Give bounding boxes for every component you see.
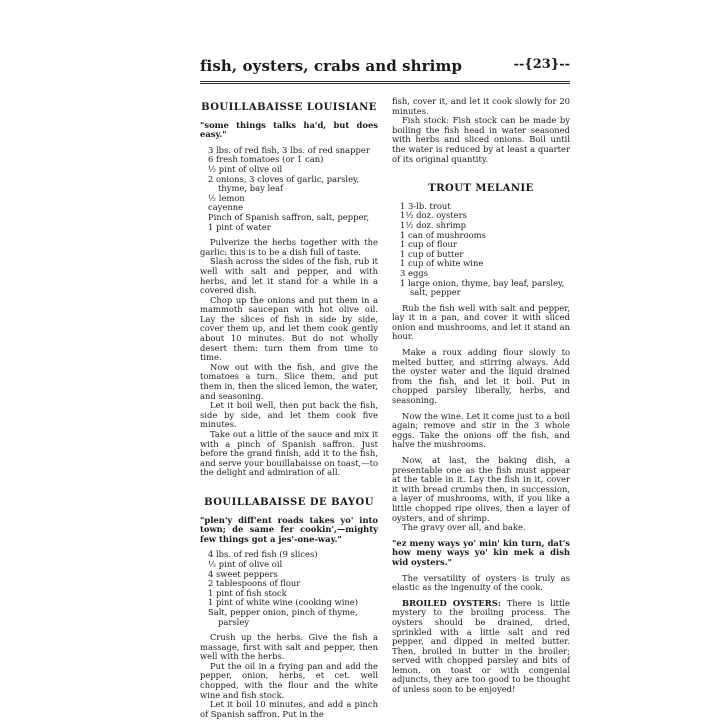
- instruction-paragraph: Rub the fish well with salt and pepper, …: [392, 304, 570, 342]
- ingredient: Salt, pepper onion, pinch of thyme, pars…: [200, 608, 378, 627]
- broiled-oysters-paragraph: BROILED OYSTERS: There is little mystery…: [392, 599, 570, 695]
- instruction-paragraph: Now the wine. Let it come just to a boil…: [392, 412, 570, 450]
- instruction-paragraph: Make a roux adding flour slowly to melte…: [392, 348, 570, 406]
- instruction-paragraph: Slash across the sides of the fish, rub …: [200, 257, 378, 295]
- instruction-paragraph: Let it boil well, then put back the fish…: [200, 401, 378, 430]
- oyster-intro: The versatility of oysters is truly as e…: [392, 574, 570, 593]
- instruction-paragraph: Take out a little of the sauce and mix i…: [200, 430, 378, 478]
- chapter-title: fish, oysters, crabs and shrimp: [200, 57, 462, 75]
- continuation-paragraph: fish, cover it, and let it cook slowly f…: [392, 97, 570, 116]
- broiled-oysters-text: There is little mystery to the broiling …: [392, 598, 570, 694]
- instruction-paragraph: The gravy over all, and bake.: [392, 523, 570, 533]
- left-column: BOUILLABAISSE LOUISIANE "some things tal…: [200, 97, 378, 719]
- recipe-quote: "some things talks ha'd, but does easy.": [200, 121, 378, 140]
- cookbook-page: fish, oysters, crabs and shrimp --{23}--…: [195, 55, 575, 695]
- recipe-title: BOUILLABAISSE LOUISIANE: [200, 103, 378, 113]
- instruction-paragraph: Now, at last, the baking dish, a present…: [392, 456, 570, 523]
- right-column: fish, cover it, and let it cook slowly f…: [392, 97, 570, 695]
- page-header: fish, oysters, crabs and shrimp --{23}--: [200, 55, 570, 84]
- instruction-paragraph: Crush up the herbs. Give the fish a mass…: [200, 633, 378, 662]
- instruction-paragraph: Now out with the fish, and give the toma…: [200, 363, 378, 401]
- ingredient: 1 pint of water: [200, 223, 378, 233]
- page-number: --{23}--: [514, 57, 570, 72]
- ingredient-list: 1 3-lb. trout 1½ doz. oysters 1½ doz. sh…: [392, 202, 570, 298]
- broiled-oysters-title: BROILED OYSTERS:: [402, 598, 501, 608]
- instruction-paragraph: Put the oil in a frying pan and add the …: [200, 662, 378, 700]
- ingredient-list: 4 lbs. of red fish (9 slices) ½ pint of …: [200, 550, 378, 627]
- recipe-title: TROUT MELANIE: [392, 184, 570, 194]
- instruction-paragraph: Pulverize the herbs together with the ga…: [200, 238, 378, 257]
- instruction-paragraph: Let it boil 10 minutes, and add a pinch …: [200, 700, 378, 719]
- ingredient-list: 3 lbs. of red fish, 3 lbs. of red snappe…: [200, 146, 378, 232]
- fish-stock-note: Fish stock: Fish stock can be made by bo…: [392, 116, 570, 164]
- instruction-paragraph: Chop up the onions and put them in a mam…: [200, 296, 378, 363]
- oyster-quote: "ez meny ways yo' min' kin turn, dat's h…: [392, 539, 570, 568]
- ingredient: 1 large onion, thyme, bay leaf, parsley,…: [392, 279, 570, 298]
- ingredient: 2 onions, 3 cloves of garlic, parsley, t…: [200, 175, 378, 194]
- recipe-title: BOUILLABAISSE DE BAYOU: [200, 498, 378, 508]
- recipe-quote: "plen'y diff'ent roads takes yo' into to…: [200, 516, 378, 545]
